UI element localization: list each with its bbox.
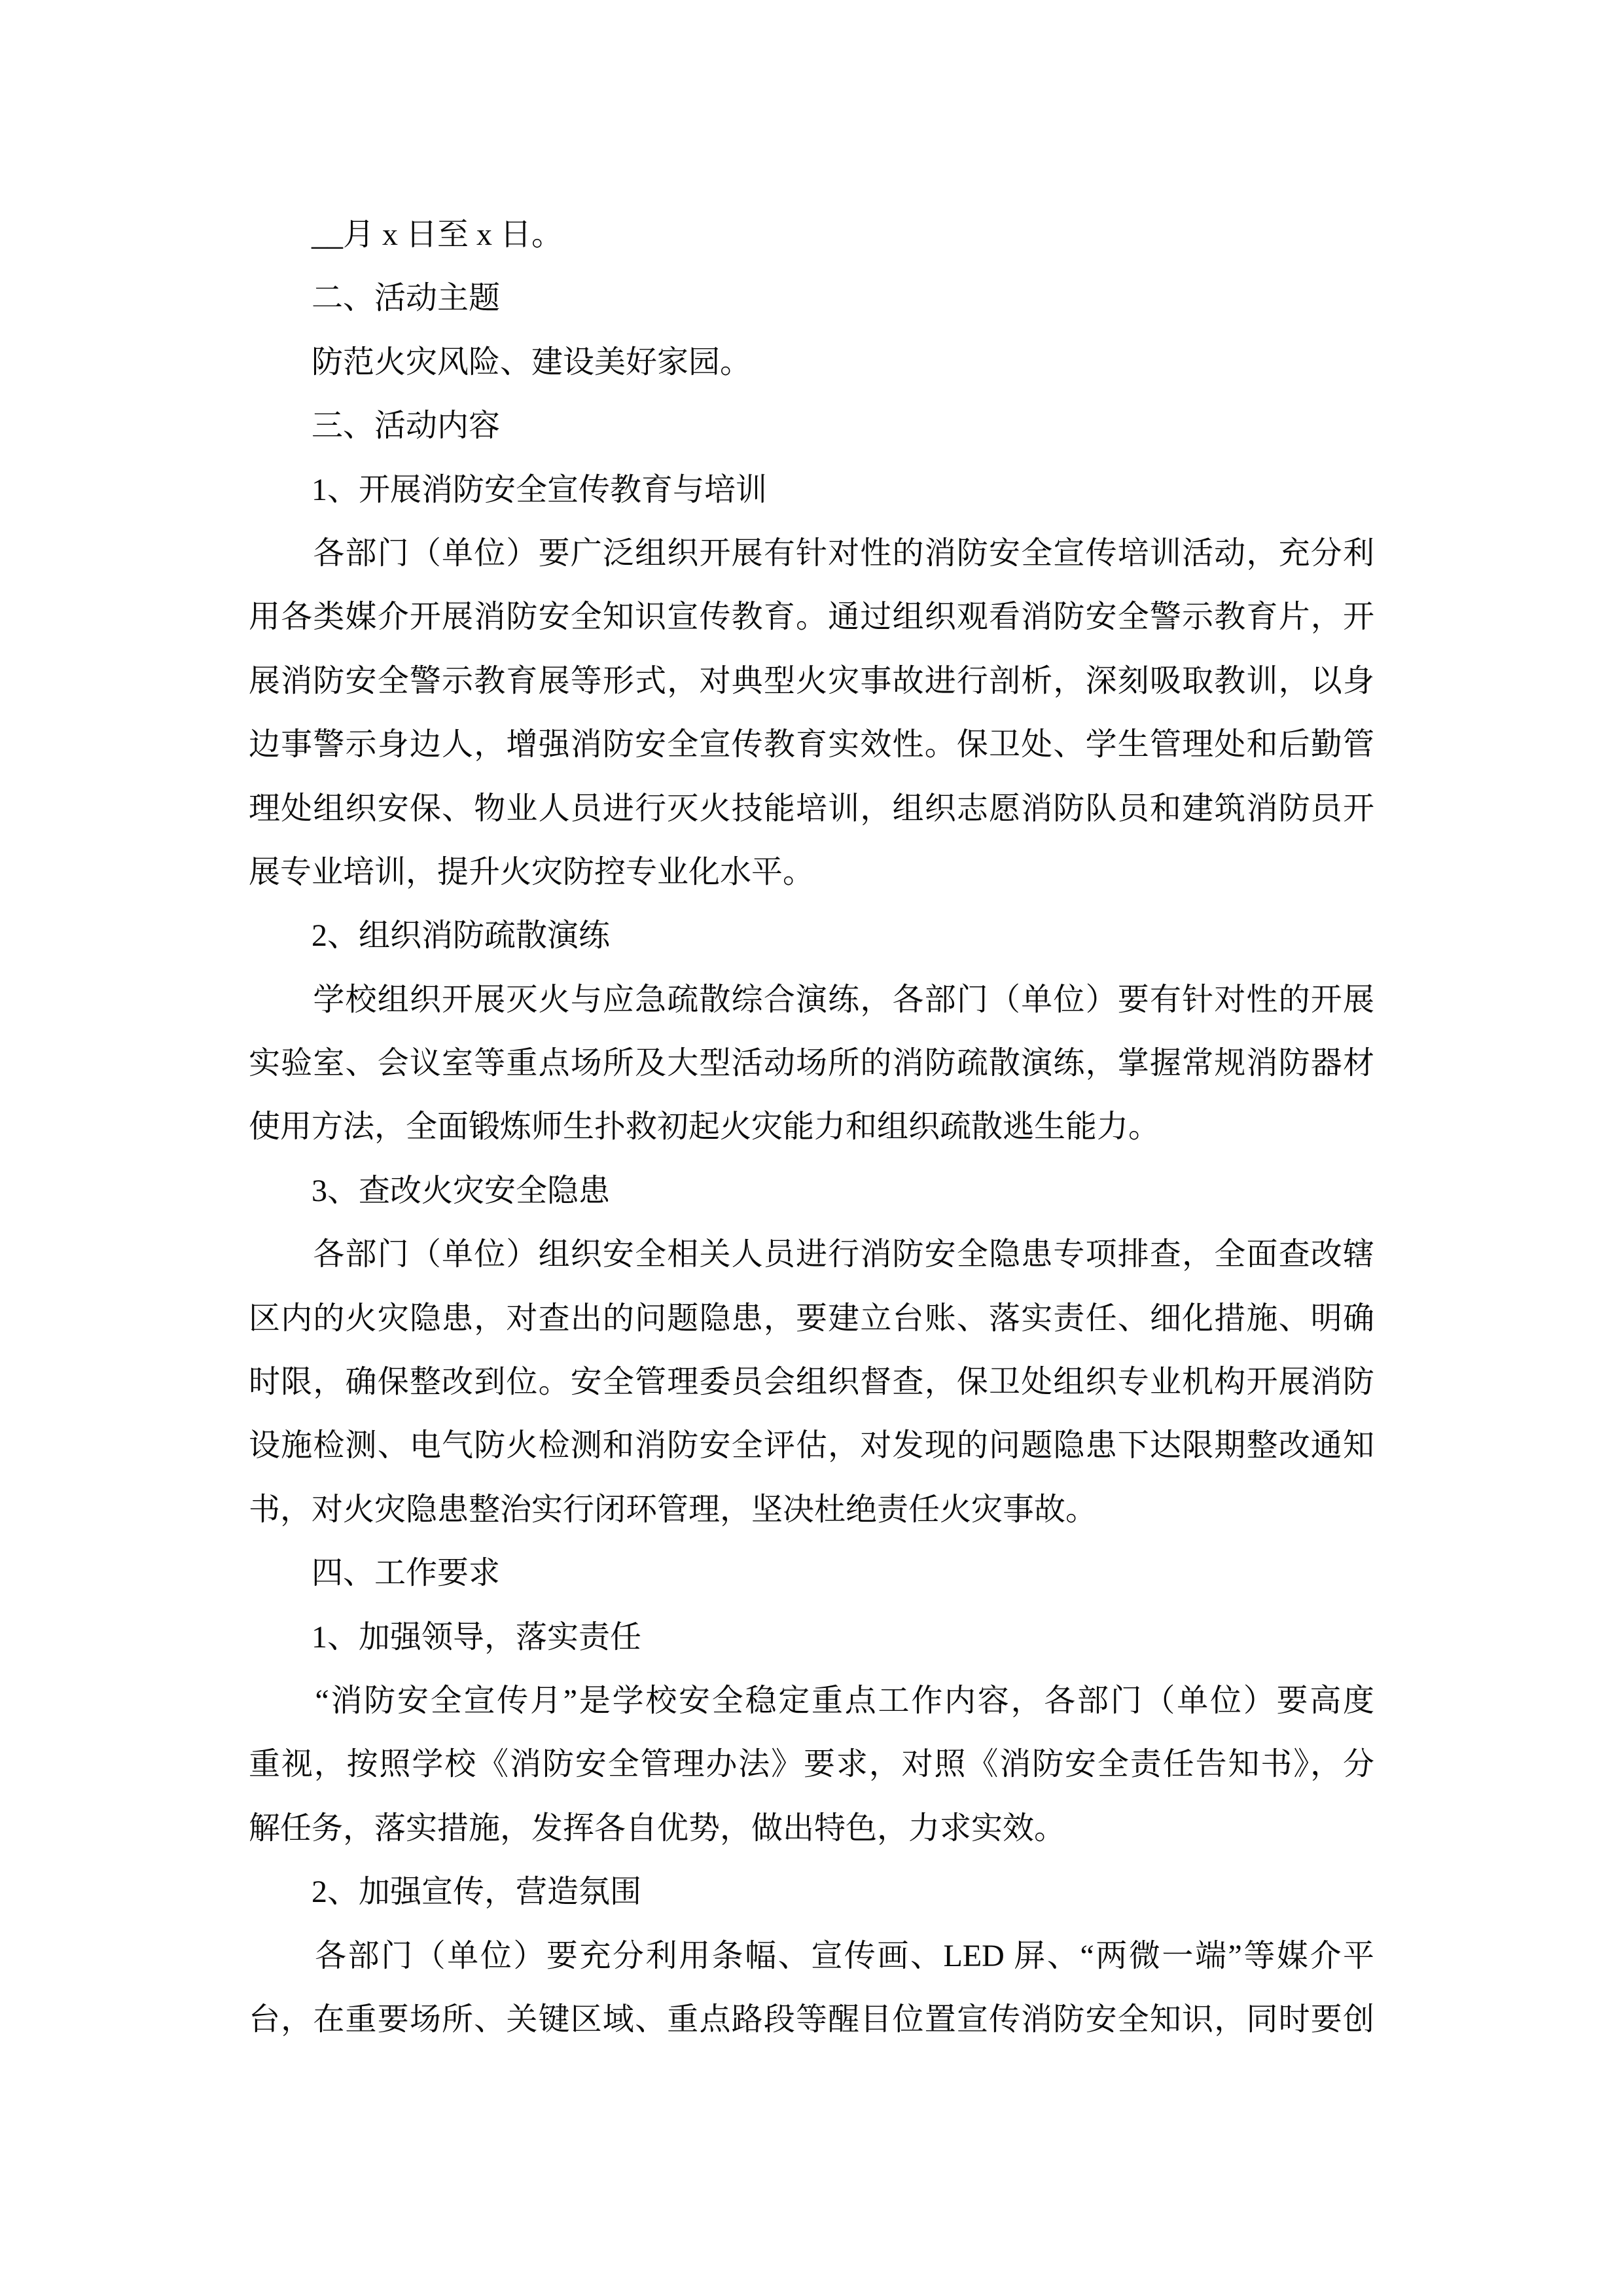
section-heading-work-requirements: 四、工作要求	[249, 1541, 1374, 1605]
document-page: __月 x 日至 x 日。 二、活动主题 防范火灾风险、建设美好家园。 三、活动…	[0, 0, 1623, 2296]
item-heading-1-leadership: 1、加强领导，落实责任	[249, 1605, 1374, 1669]
paragraph-line: 展专业培训，提升火灾防控专业化水平。	[249, 840, 1374, 904]
date-line: __月 x 日至 x 日。	[249, 203, 1374, 266]
paragraph-line: 实验室、会议室等重点场所及大型活动场所的消防疏散演练，掌握常规消防器材	[249, 1031, 1374, 1095]
theme-text: 防范火灾风险、建设美好家园。	[249, 331, 1374, 394]
item-heading-1-training: 1、开展消防安全宣传教育与培训	[249, 458, 1374, 522]
paragraph-line: 书，对火灾隐患整治实行闭环管理，坚决杜绝责任火灾事故。	[249, 1478, 1374, 1541]
paragraph-line: 区内的火灾隐患，对查出的问题隐患，要建立台账、落实责任、细化措施、明确	[249, 1287, 1374, 1350]
paragraph-line: 各部门（单位）要充分利用条幅、宣传画、LED 屏、“两微一端”等媒介平	[249, 1924, 1374, 1988]
paragraph-line: 设施检测、电气防火检测和消防安全评估，对发现的问题隐患下达限期整改通知	[249, 1414, 1374, 1477]
paragraph-line: 解任务，落实措施，发挥各自优势，做出特色，力求实效。	[249, 1797, 1374, 1860]
paragraph-line: 重视，按照学校《消防安全管理办法》要求，对照《消防安全责任告知书》，分	[249, 1732, 1374, 1796]
item-heading-2-drill: 2、组织消防疏散演练	[249, 904, 1374, 967]
paragraph-line: 边事警示身边人，增强消防安全宣传教育实效性。保卫处、学生管理处和后勤管	[249, 713, 1374, 776]
paragraph-line: 台，在重要场所、关键区域、重点路段等醒目位置宣传消防安全知识，同时要创	[249, 1988, 1374, 2051]
paragraph-line: “消防安全宣传月”是学校安全稳定重点工作内容，各部门（单位）要高度	[249, 1669, 1374, 1732]
paragraph-line: 理处组织安保、物业人员进行灭火技能培训，组织志愿消防队员和建筑消防员开	[249, 777, 1374, 840]
paragraph-line: 使用方法，全面锻炼师生扑救初起火灾能力和组织疏散逃生能力。	[249, 1095, 1374, 1158]
section-heading-activity-content: 三、活动内容	[249, 394, 1374, 457]
paragraph-line: 各部门（单位）要广泛组织开展有针对性的消防安全宣传培训活动，充分利	[249, 522, 1374, 585]
paragraph-line: 展消防安全警示教育展等形式，对典型火灾事故进行剖析，深刻吸取教训，以身	[249, 649, 1374, 713]
item-heading-2-publicity: 2、加强宣传，营造氛围	[249, 1860, 1374, 1924]
item-heading-3-hazards: 3、查改火灾安全隐患	[249, 1159, 1374, 1223]
paragraph-line: 各部门（单位）组织安全相关人员进行消防安全隐患专项排查，全面查改辖	[249, 1223, 1374, 1286]
section-heading-activity-theme: 二、活动主题	[249, 266, 1374, 330]
paragraph-line: 学校组织开展灭火与应急疏散综合演练，各部门（单位）要有针对性的开展	[249, 968, 1374, 1031]
paragraph-line: 时限，确保整改到位。安全管理委员会组织督查，保卫处组织专业机构开展消防	[249, 1350, 1374, 1414]
paragraph-line: 用各类媒介开展消防安全知识宣传教育。通过组织观看消防安全警示教育片，开	[249, 585, 1374, 649]
